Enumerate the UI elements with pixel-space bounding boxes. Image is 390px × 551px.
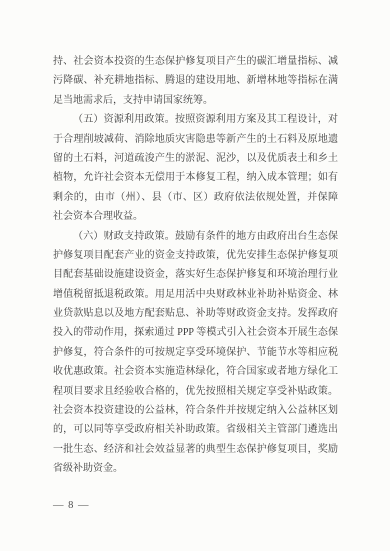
text-line: 污降碳、补充耕地指标、腾退的建设用地、新增林地等指标在满 — [53, 71, 338, 90]
text-line: 于合理削坡减荷、消除地质灾害隐患等新产生的土石料及原地遗 — [53, 130, 338, 149]
document-page: 持、社会资本投资的生态保护修复项目产生的碳汇增量指标、减污降碳、补充耕地指标、腾… — [0, 0, 390, 551]
paragraph: （六）财政支持政策。鼓励有条件的地方由政府出台生态保护修复项目配套产业的资金支持… — [53, 227, 338, 479]
text-line: 剩余的，由市（州）、县（市、区）政府依法依规处置，并保障 — [53, 188, 338, 207]
text-line: 护修复，符合条件的可按规定享受环境保护、节能节水等相应税 — [53, 343, 338, 362]
text-line: 社会资本投资建设的公益林，符合条件并按规定纳入公益林区划 — [53, 401, 338, 420]
text-line: （五）资源利用政策。按照资源利用方案及其工程设计，对 — [53, 110, 338, 129]
text-line: 持、社会资本投资的生态保护修复项目产生的碳汇增量指标、减 — [53, 52, 338, 71]
text-line: 省级补助资金。 — [53, 459, 338, 478]
text-line: 足当地需求后，支持申请国家统筹。 — [53, 91, 338, 110]
text-line: 增值税留抵退税政策。用足用活中央财政林业补助补贴资金、林 — [53, 285, 338, 304]
text-line: 一批生态、经济和社会效益显著的典型生态保护修复项目，奖励 — [53, 440, 338, 459]
text-line: 植物，允许社会资本无偿用于本修复工程，纳入成本管理；如有 — [53, 168, 338, 187]
text-line: 目配套基础设施建设资金，落实好生态保护修复和环境治理行业 — [53, 265, 338, 284]
text-line: 社会资本合理收益。 — [53, 207, 338, 226]
text-line: 的，可以同等享受政府相关补助政策。省级相关主管部门遴选出 — [53, 420, 338, 439]
text-line: （六）财政支持政策。鼓励有条件的地方由政府出台生态保 — [53, 227, 338, 246]
document-body-text: 持、社会资本投资的生态保护修复项目产生的碳汇增量指标、减污降碳、补充耕地指标、腾… — [53, 52, 338, 479]
text-line: 投入的带动作用，探索通过 PPP 等模式引入社会资本开展生态保 — [53, 323, 338, 342]
text-line: 护修复项目配套产业的资金支持政策，优先安排生态保护修复项 — [53, 246, 338, 265]
text-line: 业贷款贴息以及地方配套贴息、补助等财政资金支持。发挥政府 — [53, 304, 338, 323]
text-line: 程项目要求且经验收合格的，优先按照相关规定享受补贴政策。 — [53, 382, 338, 401]
paragraph: （五）资源利用政策。按照资源利用方案及其工程设计，对于合理削坡减荷、消除地质灾害… — [53, 110, 338, 226]
page-number-footer: — 8 — — [53, 499, 90, 513]
paragraph: 持、社会资本投资的生态保护修复项目产生的碳汇增量指标、减污降碳、补充耕地指标、腾… — [53, 52, 338, 110]
text-line: 收优惠政策。社会资本实施造林绿化，符合国家或者地方绿化工 — [53, 362, 338, 381]
text-line: 留的土石料，河道疏浚产生的淤泥、泥沙，以及优质表土和乡土 — [53, 149, 338, 168]
